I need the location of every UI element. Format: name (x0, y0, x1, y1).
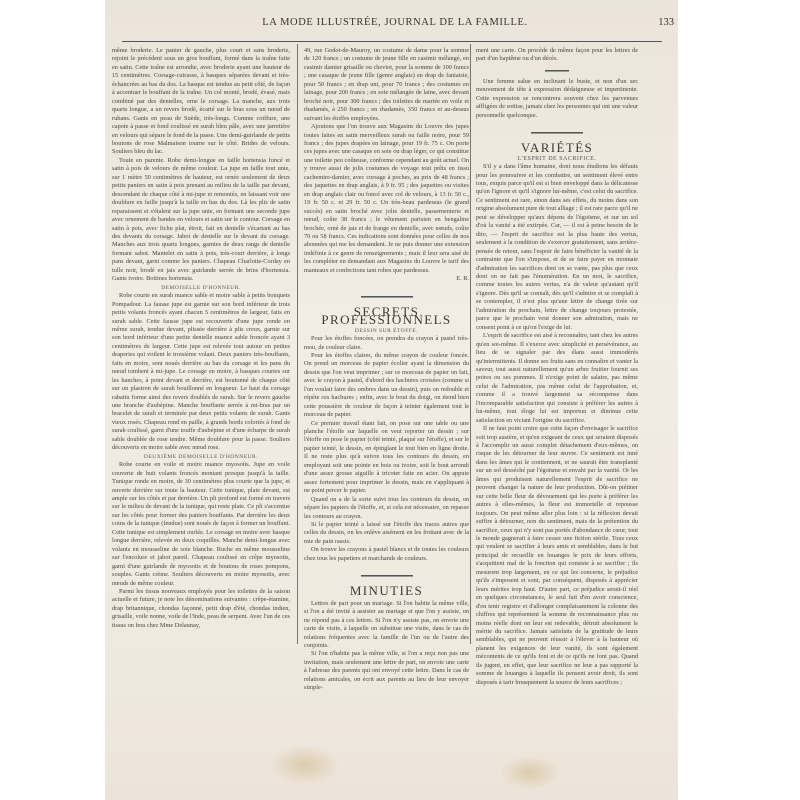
column-divider (470, 44, 471, 644)
section-title: MINUTIES (304, 587, 469, 595)
paragraph: Pour les étoffes foncées, on prendra du … (304, 335, 469, 352)
section-rule (361, 575, 413, 577)
paragraph: même broderie. Le panier de gauche, plus… (112, 47, 290, 157)
paragraph: Pour les étoffes claires, du même crayon… (304, 352, 469, 420)
section-subtitle: L'ESPRIT DE SACRIFICE. (476, 155, 638, 163)
header-rule (122, 41, 662, 42)
paragraph: Robe courte en surah nuance sable et moi… (112, 292, 290, 453)
paragraph: Parmi les tissus nouveaux employés pour … (112, 588, 290, 630)
subheading: DEUXIÈME DEMOISELLE D'HONNEUR. (112, 453, 290, 461)
section-rule (545, 70, 569, 72)
paper-stain (500, 755, 560, 790)
paragraph: Si l'on n'habite pas la même ville, si l… (304, 650, 469, 692)
paragraph: Robe courte en voile et moire nuance myo… (112, 461, 290, 588)
page-header: LA MODE ILLUSTRÉE, JOURNAL DE LA FAMILLE… (120, 17, 676, 33)
paragraph: ment une carte. On procède de même façon… (476, 47, 638, 64)
section-title: VARIÉTÉS (476, 144, 638, 152)
section-rule (361, 296, 413, 298)
paragraph: Lettres de part pour un mariage. Si l'on… (304, 600, 469, 651)
paragraph: Si le papier teinté a laissé sur l'étoff… (304, 521, 469, 546)
column-3: ment une carte. On procède de même façon… (476, 47, 638, 687)
subheading: DEMOISELLE D'HONNEUR. (112, 284, 290, 292)
paragraph: Ajoutons que l'on trouve aux Magasins du… (304, 123, 469, 275)
section-title: SECRETS PROFESSIONNELS (304, 308, 469, 325)
paragraph: Toute en parente. Robe demi-longue en fa… (112, 157, 290, 284)
section-subtitle: DESSIN SUR ÉTOFFE. (304, 327, 469, 335)
column-divider (297, 44, 298, 644)
paper-stain (270, 745, 340, 785)
journal-title: LA MODE ILLUSTRÉE, JOURNAL DE LA FAMILLE… (135, 17, 655, 28)
paragraph: 49, rue Godot-de-Mauroy, un costume de d… (304, 47, 469, 123)
column-2: 49, rue Godot-de-Mauroy, un costume de d… (304, 47, 469, 693)
section-rule (531, 132, 583, 134)
paragraph: Ce premier travail étant fait, on pose s… (304, 420, 469, 496)
paragraph: On trouve les crayons à pastel blancs et… (304, 546, 469, 563)
column-1: même broderie. Le panier de gauche, plus… (112, 47, 290, 630)
paragraph: Il ne faut point croire que cette façon … (476, 425, 638, 687)
author-signature: E. R. (304, 275, 469, 283)
paragraph: S'il y a dans l'âme humaine, dont nous é… (476, 163, 638, 332)
paragraph: Une femme salue en inclinant le buste, e… (476, 78, 638, 120)
paragraph: Quand on a de la sorte suivi tous les co… (304, 496, 469, 521)
page-number: 133 (658, 17, 674, 28)
paragraph: L'esprit de sacrifice est aisé à reconna… (476, 332, 638, 425)
